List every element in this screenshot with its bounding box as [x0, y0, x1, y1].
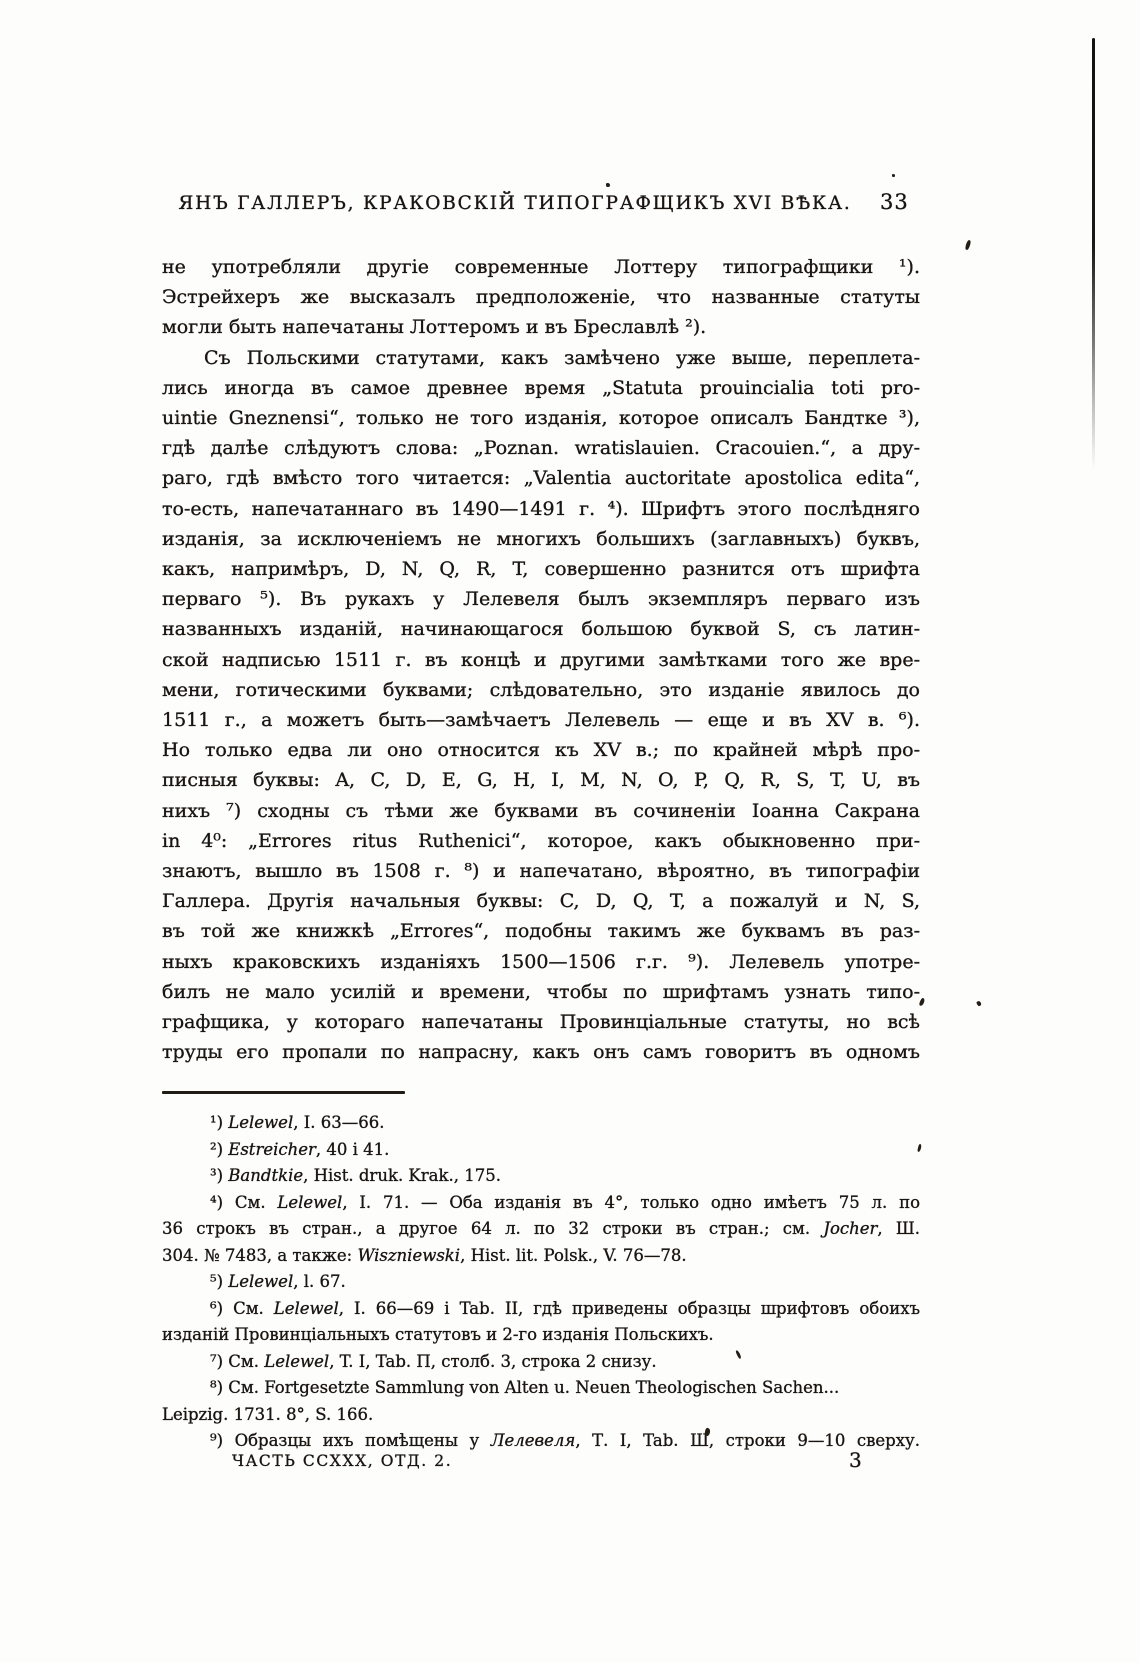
scanned-book-page: ЯНЪ ГАЛЛЕРЪ, КРАКОВСКІЙ ТИПОГРАФЩИКЪ XVI… [0, 0, 1140, 1663]
body-text: не употребляли другіе современные Лоттер… [162, 252, 920, 1067]
body-line: знаютъ, вышло въ 1508 г. ⁸) и напечатано… [162, 856, 920, 886]
footnote-line: ³) Bandtkie, Hist. druk. Krak., 175. [162, 1163, 920, 1190]
footnote-line: Leipzig. 1731. 8°, S. 166. [162, 1402, 920, 1429]
body-line: какъ, напримѣръ, D, N, Q, R, T, совершен… [162, 554, 920, 584]
body-line: могли быть напечатаны Лоттеромъ и въ Бре… [162, 312, 920, 342]
scan-artifact-speck [965, 240, 972, 251]
scan-artifact-speck [976, 1000, 982, 1006]
body-line: нихъ ⁷) сходны съ тѣми же буквами въ соч… [162, 796, 920, 826]
scan-artifact-speck [917, 1144, 922, 1153]
footnotes: ¹) Lelewel, I. 63—66. ²) Estreicher, 40 … [162, 1110, 920, 1455]
body-line: въ той же книжкѣ „Errores“, подобны таки… [162, 916, 920, 946]
body-line: лись иногда въ самое древнее время „Stat… [162, 373, 920, 403]
header-page-number: 33 [880, 190, 909, 214]
footnote-rule [162, 1091, 405, 1094]
scan-artifact-speck [606, 183, 610, 187]
body-line: перваго ⁵). Въ рукахъ у Лелевеля былъ эк… [162, 584, 920, 614]
footnote-line: ⁸) См. Fortgesetzte Sammlung von Alten u… [162, 1375, 920, 1402]
footnote-line: 36 строкъ въ стран., а другое 64 л. по 3… [162, 1216, 920, 1243]
body-line: труды его пропали по напрасну, какъ онъ … [162, 1037, 920, 1067]
body-line: не употребляли другіе современные Лоттер… [162, 252, 920, 282]
body-line: ныхъ краковскихъ изданіяхъ 1500—1506 г.г… [162, 947, 920, 977]
footnote-line: ⁷) См. Lelewel, T. I, Tab. П, столб. 3, … [162, 1349, 920, 1376]
body-line: Эстрейхеръ же высказалъ предположеніе, ч… [162, 282, 920, 312]
scan-artifact-vertical-line [1092, 38, 1095, 470]
body-line: названныхъ изданій, начинающагося большо… [162, 614, 920, 644]
running-header-title: ЯНЪ ГАЛЛЕРЪ, КРАКОВСКІЙ ТИПОГРАФЩИКЪ XVI… [162, 193, 868, 214]
footnote-line: ⁹) Образцы ихъ помѣщены у Лелевеля, Т. I… [162, 1428, 920, 1455]
body-line: изданія, за исключеніемъ не многихъ боль… [162, 524, 920, 554]
footnote-line: ⁴) См. Lelewel, I. 71. — Оба изданія въ … [162, 1190, 920, 1217]
body-line: ской надписью 1511 г. въ концѣ и другими… [162, 645, 920, 675]
footnote-line: ⁶) См. Lelewel, I. 66—69 i Tab. II, гдѣ … [162, 1296, 920, 1323]
body-line: то-есть, напечатаннаго въ 1490—1491 г. ⁴… [162, 494, 920, 524]
body-line: in 4⁰: „Errores ritus Ruthenici“, которо… [162, 826, 920, 856]
body-line: Галлера. Другія начальныя буквы: C, D, Q… [162, 886, 920, 916]
body-line: Съ Польскими статутами, какъ замѣчено уж… [162, 343, 920, 373]
body-line: мени, готическими буквами; слѣдовательно… [162, 675, 920, 705]
footer-part-label: ЧАСТЬ CCXXX, ОТД. 2. [232, 1452, 452, 1470]
footnote-line: ¹) Lelewel, I. 63—66. [162, 1110, 920, 1137]
body-line: графщика, у котораго напечатаны Провинці… [162, 1007, 920, 1037]
footnote-line: ⁵) Lelewel, l. 67. [162, 1269, 920, 1296]
body-line: Но только едва ли оно относится къ XV в.… [162, 735, 920, 765]
footer-page-number: 3 [849, 1448, 862, 1472]
footnote-line: ²) Estreicher, 40 i 41. [162, 1137, 920, 1164]
body-line: 1511 г., а можетъ быть—замѣчаетъ Лелевел… [162, 705, 920, 735]
scan-artifact-speck [892, 174, 895, 177]
footnote-line: 304. № 7483, а также: Wiszniewski, Hist.… [162, 1243, 920, 1270]
body-line: билъ не мало усилій и времени, чтобы по … [162, 977, 920, 1007]
footnote-line: изданій Провинціальныхъ статутовъ и 2-го… [162, 1322, 920, 1349]
body-line: uintie Gneznensi“, только не того издані… [162, 403, 920, 433]
body-line: писныя буквы: A, C, D, E, G, H, I, M, N,… [162, 765, 920, 795]
body-line: раго, гдѣ вмѣсто того читается: „Valenti… [162, 463, 920, 493]
body-line: гдѣ далѣе слѣдуютъ слова: „Poznan. wrati… [162, 433, 920, 463]
